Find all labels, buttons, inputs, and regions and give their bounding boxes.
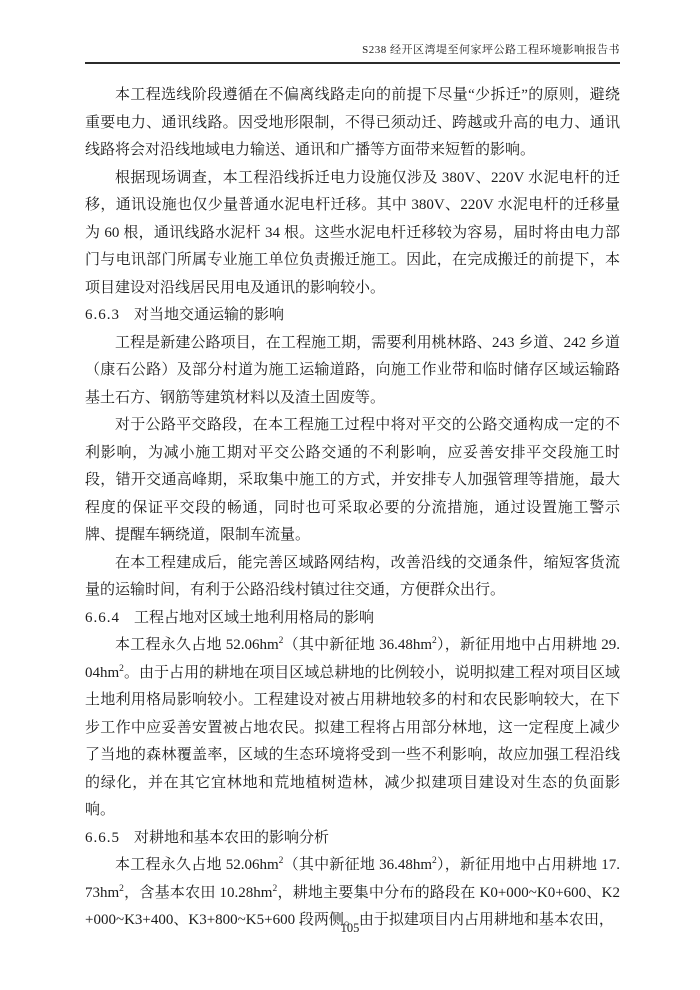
paragraph: 本工程永久占地 52.06hm2（其中新征地 36.48hm2），新征用地中占用… bbox=[85, 632, 620, 825]
superscript: 2 bbox=[432, 636, 437, 646]
paragraph: 工程是新建公路项目，在工程施工期，需要利用桃林路、243 乡道、242 乡道（康… bbox=[85, 330, 620, 413]
superscript: 2 bbox=[279, 636, 284, 646]
section-number: 6.6.3 bbox=[85, 307, 120, 323]
superscript: 2 bbox=[279, 856, 284, 866]
superscript: 2 bbox=[119, 664, 124, 674]
document-page: { "page": { "header": { "title": "S238 经… bbox=[0, 0, 700, 990]
superscript: 2 bbox=[119, 884, 124, 894]
paragraph: 对于公路平交路段，在本工程施工过程中将对平交的公路交通构成一定的不利影响，为减小… bbox=[85, 412, 620, 550]
section-number: 6.6.5 bbox=[85, 830, 120, 846]
page-number: 105 bbox=[341, 921, 360, 935]
report-title: S238 经开区湾堤至何家坪公路工程环境影响报告书 bbox=[362, 44, 620, 56]
section-heading: 6.6.5对耕地和基本农田的影响分析 bbox=[85, 825, 620, 853]
page-footer: 105 bbox=[0, 921, 700, 936]
section-number: 6.6.4 bbox=[85, 610, 120, 626]
superscript: 2 bbox=[432, 856, 437, 866]
paragraph: 本工程选线阶段遵循在不偏离线路走向的前提下尽量“少拆迁”的原则，避绕重要电力、通… bbox=[85, 82, 620, 165]
page-header: S238 经开区湾堤至何家坪公路工程环境影响报告书 bbox=[85, 42, 620, 64]
section-heading: 6.6.4工程占地对区域土地利用格局的影响 bbox=[85, 605, 620, 633]
paragraph: 在本工程建成后，能完善区域路网结构，改善沿线的交通条件，缩短客货流量的运输时间，… bbox=[85, 550, 620, 605]
section-heading: 6.6.3对当地交通运输的影响 bbox=[85, 302, 620, 330]
superscript: 2 bbox=[272, 884, 277, 894]
document-body: 本工程选线阶段遵循在不偏离线路走向的前提下尽量“少拆迁”的原则，避绕重要电力、通… bbox=[85, 82, 620, 935]
paragraph: 根据现场调查，本工程沿线拆迁电力设施仅涉及 380V、220V 水泥电杆的迁移，… bbox=[85, 165, 620, 303]
